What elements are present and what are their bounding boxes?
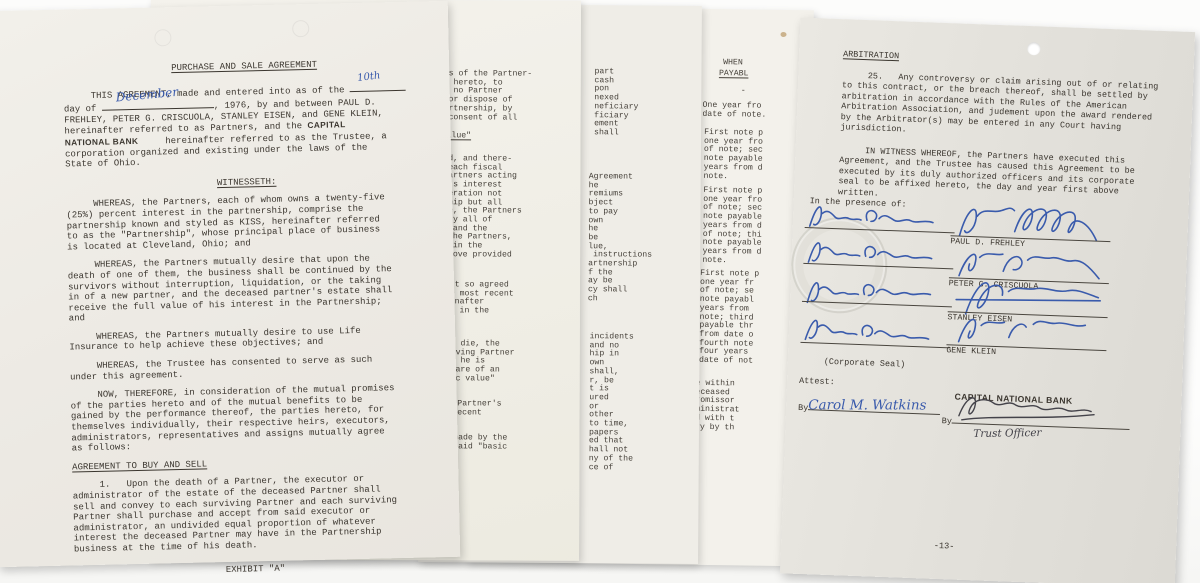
attest-by-row: ByCarol M. Watkins	[798, 398, 941, 418]
clipped-body-text: ns of the Partner- s hereto, to , no Par…	[444, 70, 533, 123]
witness-signature-row	[803, 230, 954, 269]
attest-label: Attest:	[799, 376, 835, 387]
witnesseth-heading: WITNESSETH:	[217, 177, 277, 188]
witness-signature-row	[802, 268, 953, 307]
typed-in-bank-name: CAPITAL	[307, 120, 345, 131]
when-payable-header: PAYABL	[719, 70, 749, 79]
clipped-body-text: part cash pon nexed neficiary ficiary em…	[594, 68, 639, 138]
now-therefore-paragraph: NOW, THEREFORE, in consideration of the …	[70, 383, 433, 455]
photo-of-agreement-pages: OTE WHEN PAYABL - One year fro date of n…	[0, 0, 1200, 583]
by-label: By	[942, 416, 953, 426]
typed-in-bank-name: NATIONAL BANK	[65, 136, 139, 148]
by-label: By	[798, 403, 809, 413]
exhibit-a-label: EXHIBIT "A"	[74, 560, 436, 579]
buy-sell-heading: AGREEMENT TO BUY AND SELL	[72, 459, 207, 472]
table-dash: -	[741, 87, 746, 96]
whereas-paragraph: WHEREAS, the Partners, each of whom owns…	[66, 192, 429, 253]
arbitration-clause: 25. Any controversy or claim arising out…	[840, 70, 1175, 145]
payment-entry: First note p one year fro of note; sec n…	[703, 129, 763, 182]
page-1-purchase-and-sale-agreement: PURCHASE AND SALE AGREEMENT THIS AGREEME…	[0, 1, 460, 567]
clause-1-paragraph: 1. Upon the death of a Partner, the exec…	[72, 473, 436, 555]
arbitration-heading: ARBITRATION	[843, 49, 899, 61]
when-payable-header: WHEN	[723, 59, 743, 68]
witness-signature-row	[805, 194, 956, 233]
partner-typed-name: GENE KLEIN	[946, 346, 996, 357]
corporate-seal-label: (Corporate Seal)	[824, 357, 906, 370]
clipped-body-text: Agreement he remiums bject to pay own he…	[588, 173, 653, 304]
bank-officer-signature-scribble	[954, 390, 1105, 429]
witness-signature-scribble	[802, 311, 940, 353]
intro-paragraph: THIS AGREEMENT, made and entered into as…	[64, 80, 428, 170]
clipped-body-text: incidents and no hip in own shall, r, be…	[589, 333, 634, 473]
attest-handwritten-signature: Carol M. Watkins	[808, 397, 926, 413]
handwritten-day: 10th	[357, 71, 381, 84]
paper-stain	[780, 32, 786, 37]
typed-line: day of	[64, 104, 102, 115]
witness-signature-row	[800, 309, 951, 348]
whereas-paragraph: WHEREAS, the Partners mutually desire to…	[69, 324, 431, 353]
trust-officer-handwritten-title: Trust Officer	[973, 427, 1041, 440]
whereas-paragraph: WHEREAS, the Partners mutually desire th…	[67, 253, 430, 325]
payment-entry: One year fro date of note.	[702, 102, 766, 120]
date-blank: 10th	[350, 80, 406, 91]
whereas-paragraph: WHEREAS, the Trustee has consented to se…	[70, 353, 432, 382]
page-13-signature-page: ARBITRATION 25. Any controversy or claim…	[780, 18, 1195, 583]
month-blank: December	[102, 98, 214, 111]
payment-entry: First note p one year fr of note; se not…	[699, 270, 759, 367]
page-number: -13-	[909, 540, 979, 553]
payment-entry: First note p one year fro of note; sec n…	[702, 187, 762, 266]
signature-area: In the presence of: PAUL	[780, 168, 1190, 583]
handwritten-month: December	[115, 87, 178, 103]
page1-title: PURCHASE AND SALE AGREEMENT	[171, 60, 317, 73]
